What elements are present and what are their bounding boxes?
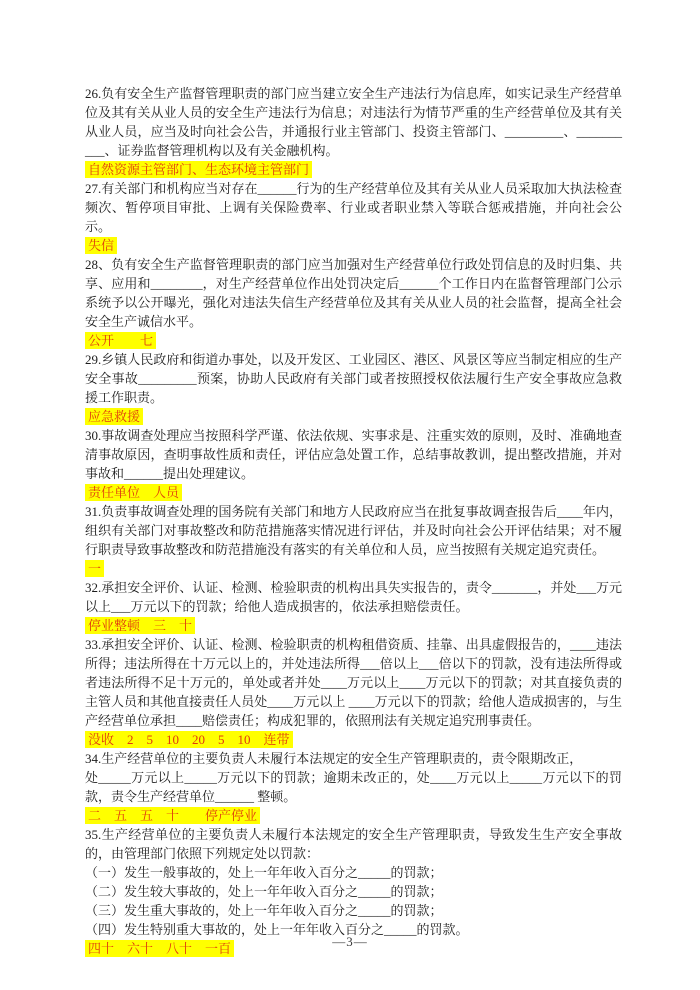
answer-32-highlight: 停业整顿 三 十 xyxy=(85,617,195,634)
answer-26-highlight: 自然资源主管部门、生态环境主管部门 xyxy=(85,161,312,178)
answer-29-line: 应急救援 xyxy=(85,407,622,426)
page-number: —3— xyxy=(0,934,700,950)
answer-31-line: 一 xyxy=(85,559,622,578)
question-30: 30.事故调查处理应当按照科学严谨、依法依规、实事求是、注重实效的原则，及时、准… xyxy=(85,426,622,483)
question-26: 26.负有安全生产监督管理职责的部门应当建立安全生产违法行为信息库，如实记录生产… xyxy=(85,84,622,160)
question-31: 31.负责事故调查处理的国务院有关部门和地方人民政府应当在批复事故调查报告后__… xyxy=(85,502,622,559)
document-page: 26.负有安全生产监督管理职责的部门应当建立安全生产违法行为信息库，如实记录生产… xyxy=(0,0,700,990)
question-32: 32.承担安全评价、认证、检测、检验职责的机构出具失实报告的，责令_______… xyxy=(85,578,622,616)
question-27: 27.有关部门和机构应当对存在______行为的生产经营单位及其有关从业人员采取… xyxy=(85,179,622,236)
question-35-sub-3: （三）发生重大事故的，处上一年年收入百分之_____的罚款； xyxy=(85,901,622,920)
answer-33-highlight: 没收 2 5 10 20 5 10 连带 xyxy=(85,731,293,748)
question-35-sub-1: （一）发生一般事故的，处上一年年收入百分之_____的罚款； xyxy=(85,863,622,882)
document-body: 26.负有安全生产监督管理职责的部门应当建立安全生产违法行为信息库，如实记录生产… xyxy=(85,84,622,958)
answer-28-highlight: 公开 七 xyxy=(85,332,156,349)
answer-34-line: 二 五 五 十 停产停业 xyxy=(85,806,622,825)
answer-30-highlight: 责任单位 人员 xyxy=(85,484,182,501)
question-35: 35.生产经营单位的主要负责人未履行本法规定的安全生产管理职责，导致发生生产安全… xyxy=(85,825,622,863)
answer-31-highlight: 一 xyxy=(85,560,104,577)
question-28: 28、负有安全生产监督管理职责的部门应当加强对生产经营单位行政处罚信息的及时归集… xyxy=(85,255,622,331)
answer-30-line: 责任单位 人员 xyxy=(85,483,622,502)
question-35-sub-2: （二）发生较大事故的，处上一年年收入百分之_____的罚款； xyxy=(85,882,622,901)
question-34: 34.生产经营单位的主要负责人未履行本法规定的安全生产管理职责的，责令限期改正，… xyxy=(85,749,622,806)
answer-26-line: 自然资源主管部门、生态环境主管部门 xyxy=(85,160,622,179)
question-29: 29.乡镇人民政府和街道办事处，以及开发区、工业园区、港区、风景区等应当制定相应… xyxy=(85,350,622,407)
answer-33-line: 没收 2 5 10 20 5 10 连带 xyxy=(85,730,622,749)
answer-32-line: 停业整顿 三 十 xyxy=(85,616,622,635)
answer-28-line: 公开 七 xyxy=(85,331,622,350)
answer-27-line: 失信 xyxy=(85,236,622,255)
answer-29-highlight: 应急救援 xyxy=(85,408,143,425)
answer-34-highlight: 二 五 五 十 停产停业 xyxy=(85,807,260,824)
question-33: 33.承担安全评价、认证、检测、检验职责的机构租借资质、挂靠、出具虚假报告的，_… xyxy=(85,635,622,730)
answer-27-highlight: 失信 xyxy=(85,237,117,254)
